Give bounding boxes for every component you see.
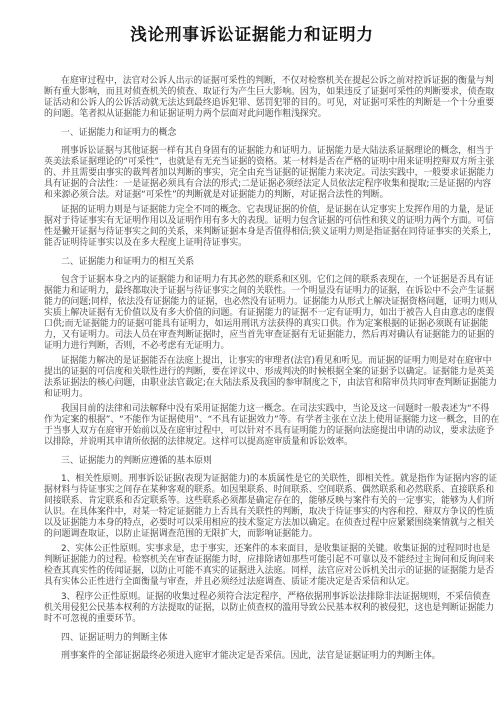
paragraph-line: 认识。在具体案件中，对某一特定证据能力上否具有关联性的判断，取决于待证事实的内容… xyxy=(44,507,464,518)
paragraph: 刑事诉讼证据与其他证据一样有其自身固有的证据能力和证明力。证据能力是大陆法系证据… xyxy=(44,146,464,201)
paragraph: 2、实体公正性原则。实事求是，忠于事实，还案件的本来面目，是收集证据的关键。收集… xyxy=(44,544,464,588)
paragraph-line: 的问题。笔者拟从证据能力和证据证明力两个层面对此问题作粗浅探究。 xyxy=(44,109,464,120)
paragraph-line: 断有重大影响，而且对侦查机关的侦查、取证行为产生巨大影响。因为，如果违反了证据可… xyxy=(44,87,464,98)
paragraph-line: 机关用侵犯公民基本权利的方法提取的证据，以防止侦查权的滥用导致公民基本权利的被侵… xyxy=(44,603,464,614)
section-heading: 三、证据能力的判断应遵循的基本原则 xyxy=(44,456,464,467)
document-body: 在庭审过程中，法官对公诉人出示的证据可采性的判断，不仅对检察机关在提起公诉之前对… xyxy=(44,76,464,666)
paragraph-line: 在庭审过程中，法官对公诉人出示的证据可采性的判断，不仅对检察机关在提起公诉之前对… xyxy=(44,76,464,87)
document-title: 浅论刑事诉讼证据能力和证明力 xyxy=(0,24,504,46)
paragraph-line: 英美法系证据理论的“可采性”，也就是有无充当证据的资格。某一材料是否在严格的证明… xyxy=(44,157,464,168)
paragraph-line: 检查其真实性的传闻证据，以防止可能不真实的证据进入法庭。同样，法官应对公诉机关出… xyxy=(44,566,464,577)
paragraph-line: 具有实体公正性进行全面衡量与审查，并且必须经过法庭调查、质证才能决定是否采信和认… xyxy=(44,577,464,588)
paragraph-line: 间接联系、肯定联系和否定联系等。这些联系必须都是确定存在的，能够反映与案件有关的… xyxy=(44,496,464,507)
paragraph-line: 据材料与待证事实之间存在某种客观的联系。如因果联系、时间联系、空间联系、偶然联系… xyxy=(44,485,464,496)
paragraph-line: 刑事诉讼证据与其他证据一样有其自身固有的证据能力和证明力。证据能力是大陆法系证据… xyxy=(44,146,464,157)
section-heading: 一、证据能力和证明力的概念 xyxy=(44,128,464,139)
paragraph-line: 2、实体公正性原则。实事求是，忠于事实，还案件的本来面目，是收集证据的关键。收集… xyxy=(44,544,464,555)
paragraph-line: 法系证据法的核心问题，由职业法官裁定;在大陆法系及我国的参审制度之下，由法官和陪… xyxy=(44,378,464,389)
paragraph: 证据的证明力则是与证据能力完全不同的概念。它表现证据的价值，是证据在认定事实上发… xyxy=(44,205,464,249)
paragraph-line: 于当事人双方在庭审开始前以及在庭审过程中，可以针对不具有证明能力的证据向法庭提出… xyxy=(44,426,464,437)
paragraph-line: 1、相关性原则。刑事诉讼证据(表现为证据能力)的本质属性是它的关联性，即相关性。… xyxy=(44,474,464,485)
paragraph-line: 作为定案的根据”、“不能作为证据使用”、“不具有证据效力”等。有学者主张在立法上… xyxy=(44,415,464,426)
paragraph-line: 证活动和公诉人的公诉活动就无法达到最终追诉犯罪、惩罚犯罪的目的。可见，对证据可采… xyxy=(44,98,464,109)
paragraph-line: 刑事案件的全部证据最终必须进入庭审才能决定是否采信。因此，法官是证据证明力的判断… xyxy=(44,651,464,662)
paragraph: 3、程序公正性原则。证据的收集过程必须符合法定程序，严格依据刑事诉讼法排除非法证… xyxy=(44,592,464,625)
paragraph-line: 性是撇开证据与待证事实之间的关系，来判断证据本身是否值得相信;狭义证明力则是指证… xyxy=(44,227,464,238)
paragraph-line: 以及证据能力本身的特点，必要时可以采用相应的技术鉴定方法加以确定。在侦查过程中应… xyxy=(44,518,464,529)
paragraph-line: 证据能力解决的是证据能否在法庭上提出，让事实的审理者(法官)看见和听见。而证据的… xyxy=(44,356,464,367)
paragraph-line: 3、程序公正性原则。证据的收集过程必须符合法定程序，严格依据刑事诉讼法排除非法证… xyxy=(44,592,464,603)
paragraph-line: 的、并且需要由事实的裁判者加以判断的事实，完全由充当证据的证据能力来决定。司法实… xyxy=(44,168,464,179)
paragraph-line: 判断证据能力的过程。检察机关在审查证据能力时，应排除诸如那些可能引起不可靠以及不… xyxy=(44,555,464,566)
paragraph-line: 的问题调查取证，以防止证据调查范围的无限扩大，而影响证据能力。 xyxy=(44,529,464,540)
paragraph: 1、相关性原则。刑事诉讼证据(表现为证据能力)的本质属性是它的关联性，即相关性。… xyxy=(44,474,464,540)
paragraph-line: 和来源必须合法。对证据“可采性”的判断就是对证据能力的判断，对证据合法性的判断。 xyxy=(44,190,464,201)
document-page: 浅论刑事诉讼证据能力和证明力 在庭审过程中，法官对公诉人出示的证据可采性的判断，… xyxy=(0,0,504,713)
paragraph: 在庭审过程中，法官对公诉人出示的证据可采性的判断，不仅对检察机关在提起公诉之前对… xyxy=(44,76,464,120)
paragraph-line: 以排除，并说明其申请所依据的法律规定。这样可以提高庭审质量和诉讼效率。 xyxy=(44,437,464,448)
paragraph-line: 力，又有证明力。司法人员在审查判断证据时，应当首先审查证据有无证据能力，然后再对… xyxy=(44,330,464,341)
paragraph-line: 实质上解决证据有无价值以及有多大价值的问题。有证据能力的证据不一定有证明力，如出… xyxy=(44,308,464,319)
section-heading: 二、证据能力和证明力的相互关系 xyxy=(44,257,464,268)
paragraph-line: 提出的证据的可信度和关联性进行的判断，要在评议中、形成判决的时候根据全案的证据予… xyxy=(44,367,464,378)
paragraph: 我国目前的法律和司法解释中没有采用证据能力这一概念。在司法实践中，当论及这一问题… xyxy=(44,404,464,448)
paragraph-line: 和证明力。 xyxy=(44,389,464,400)
paragraph: 证据能力解决的是证据能否在法庭上提出，让事实的审理者(法官)看见和听见。而证据的… xyxy=(44,356,464,400)
paragraph-line: 具有证据的合法性：一是证据必须具有合法的形式;二是证据必须经法定人员依法定程序收… xyxy=(44,179,464,190)
paragraph-line: 能否证明待证事实以及在多大程度上证明待证事实。 xyxy=(44,238,464,249)
paragraph-line: 据能力和证明力，最终都取决于证据与待证事实之间的关联性。一个明显没有证明力的证据… xyxy=(44,286,464,297)
paragraph-line: 证据的证明力则是与证据能力完全不同的概念。它表现证据的价值，是证据在认定事实上发… xyxy=(44,205,464,216)
paragraph-line: 口供;而无证据能力的证据可能具有证明力，如运用刑讯方法获得的真实口供。作为定案根… xyxy=(44,319,464,330)
section-heading: 四、证据证明力的判断主体 xyxy=(44,633,464,644)
paragraph-line: 证明力进行判断，否则，不必考虑有无证明力。 xyxy=(44,341,464,352)
paragraph-line: 据对于待证事实有无证明作用以及证明作用有多大的表现。证明力包含证据的可信性和狭义… xyxy=(44,216,464,227)
paragraph: 包含于证据本身之内的证据能力和证明力有其必然的联系和区别。它们之间的联系表现在，… xyxy=(44,275,464,352)
paragraph-line: 时不可忽视的重要环节。 xyxy=(44,614,464,625)
paragraph-line: 能力的问题;同样，依法没有证据能力的证据，也必然没有证明力。证据能力从形式上解决… xyxy=(44,297,464,308)
paragraph-line: 包含于证据本身之内的证据能力和证明力有其必然的联系和区别。它们之间的联系表现在，… xyxy=(44,275,464,286)
paragraph-line: 我国目前的法律和司法解释中没有采用证据能力这一概念。在司法实践中，当论及这一问题… xyxy=(44,404,464,415)
paragraph: 刑事案件的全部证据最终必须进入庭审才能决定是否采信。因此，法官是证据证明力的判断… xyxy=(44,651,464,662)
